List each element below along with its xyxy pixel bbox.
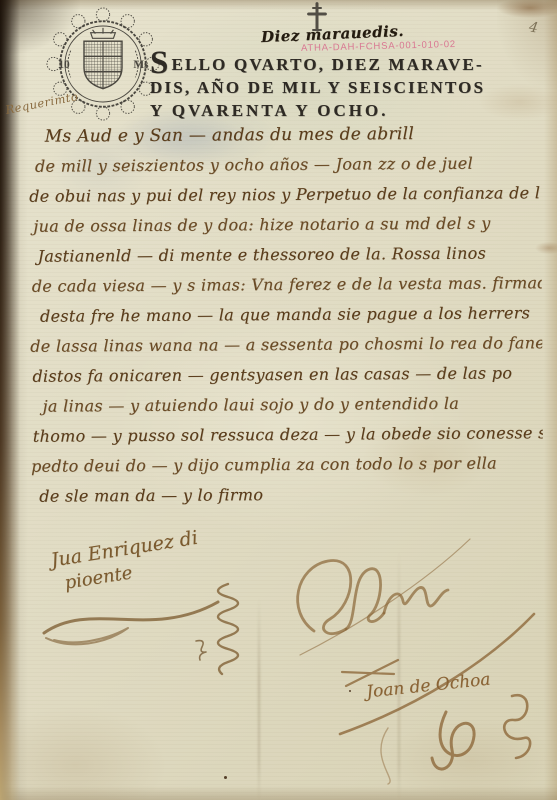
manuscript-line: de lassa linas wana na — a sessenta po c… (30, 328, 542, 362)
signature-left: Jua Enriquez di pioente (49, 527, 203, 596)
manuscript-line: jua de ossa linas de y doa: hize notario… (29, 208, 541, 242)
manuscript-line: thomo — y pusso sol ressuca deza — y la … (31, 418, 543, 452)
manuscript-line: de mill y seiszientos y ocho años — Joan… (29, 148, 541, 182)
manuscript-body: Ms Aud e y San — andas du mes de abrill … (29, 118, 544, 512)
paper-crease (258, 598, 260, 800)
manuscript-line: Ms Aud e y San — andas du mes de abrill (29, 118, 541, 152)
stamp-line-2: DIS, AÑO DE MIL Y SEISCIENTOS (150, 78, 545, 98)
manuscript-line: desta fre he mano — la que manda sie pag… (30, 298, 542, 332)
seal-denomination-right: Ms (133, 59, 149, 71)
manuscript-line: distos fa onicaren — gentsyasen en las c… (30, 358, 542, 392)
signature-left-rubric-zigzag (192, 582, 252, 677)
manuscript-page: 4 10 Ms Diez marauedis. ATHA-DAH-FCHSA-0… (0, 0, 557, 800)
stamp-line-1-text: ELLO QVARTO, DIEZ MARAVE- (172, 55, 484, 74)
manuscript-line: ja linas — y atuiendo laui sojo y do y e… (31, 388, 543, 422)
binding-edge (0, 0, 20, 800)
printed-stamp-text: SELLO QVARTO, DIEZ MARAVE- DIS, AÑO DE M… (150, 47, 545, 121)
stamp-line-1: SELLO QVARTO, DIEZ MARAVE- (150, 47, 545, 75)
manuscript-line: de obui nas y pui del rey nios y Perpetu… (29, 178, 541, 212)
ink-speck (224, 776, 227, 779)
seal-denomination-left: 10 (58, 59, 70, 71)
manuscript-line: Jastianenld — di mente e thessoreo de la… (29, 238, 541, 272)
manuscript-line: de cada viesa — y s imas: Vna ferez e de… (30, 268, 542, 302)
quire-mark-squiggle (188, 638, 210, 662)
stamp-initial: S (150, 50, 171, 76)
manuscript-line: de sle man da — y lo firmo (31, 478, 543, 512)
signature-right-rubric-flourish (328, 608, 552, 788)
manuscript-line: pedto deui do — y dijo cumplia za con to… (31, 448, 543, 482)
